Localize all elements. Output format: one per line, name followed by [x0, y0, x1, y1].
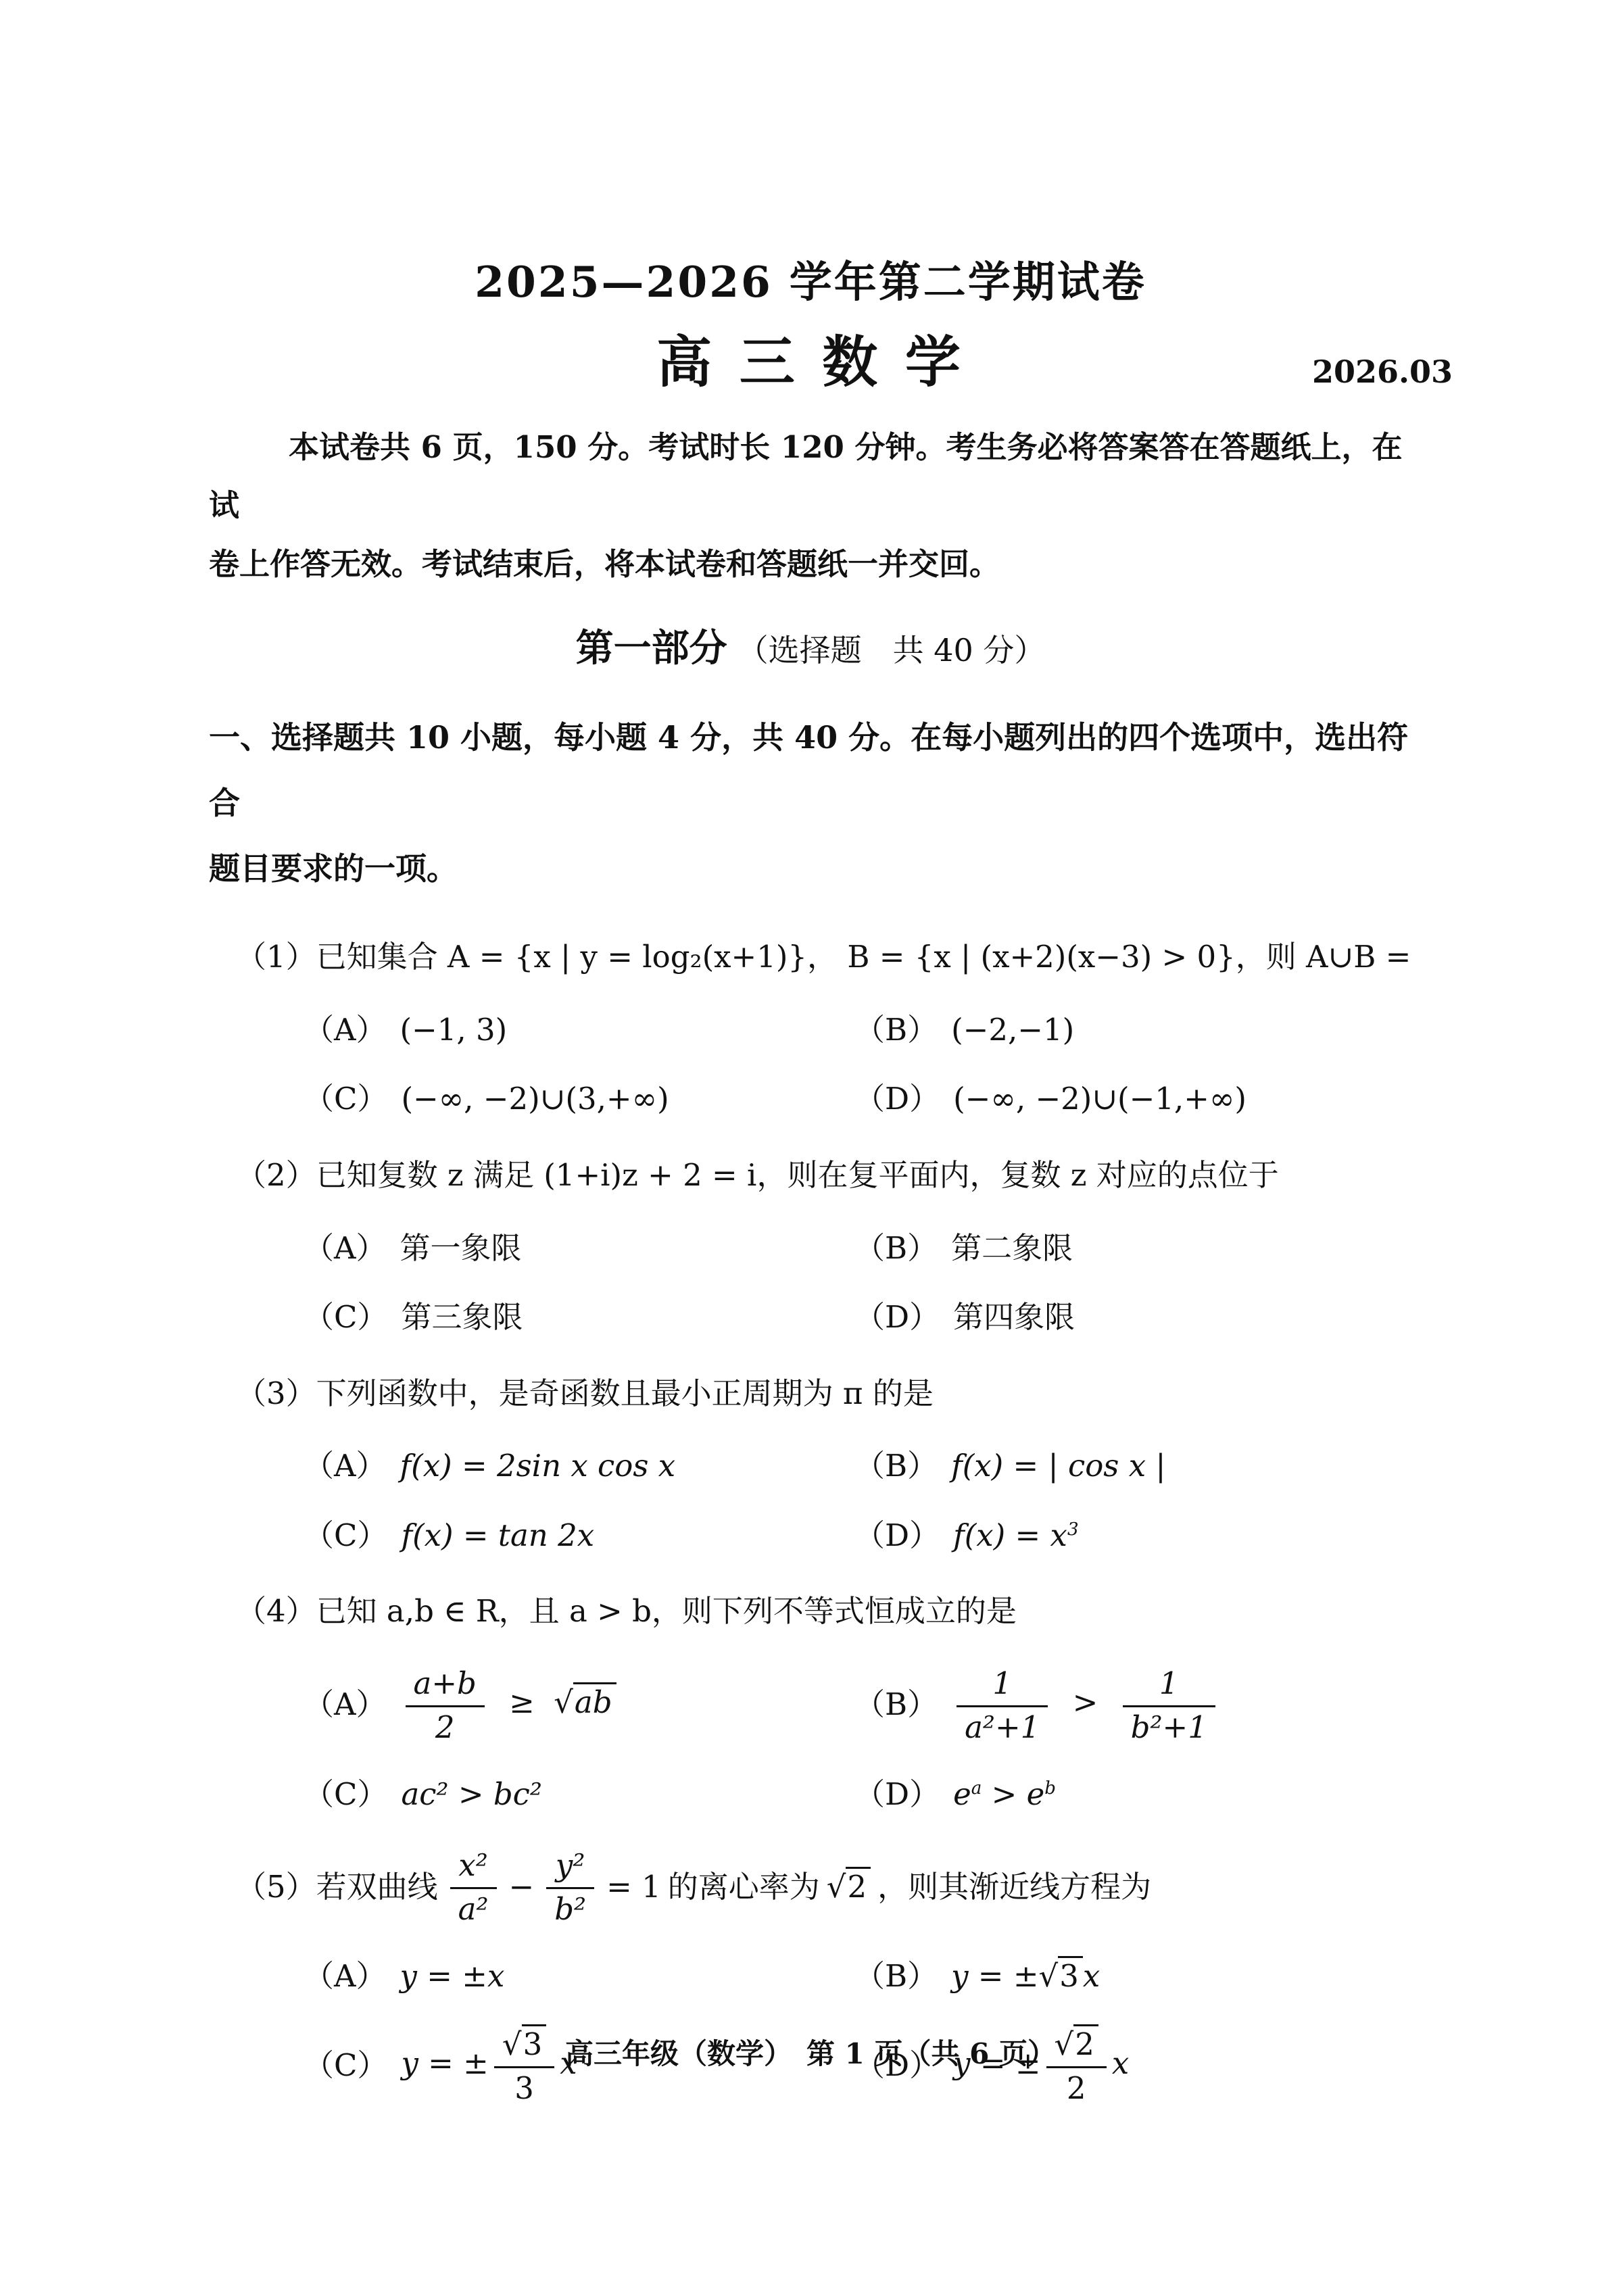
- question-1-option-b: （B） (−2,−1): [854, 1010, 1412, 1050]
- fraction: a+b2: [406, 1665, 485, 1745]
- option-label: （D）: [854, 1516, 940, 1556]
- stem-text: ，则其渐近线方程为: [877, 1863, 1151, 1911]
- question-1-option-d: （D） (−∞, −2)∪(−1,+∞): [854, 1079, 1412, 1119]
- question-5-stem: （5）若双曲线 x²a² − y²b² = 1 的离心率为 2 ，则其渐近线方程…: [209, 1847, 1412, 1927]
- sqrt-radical: 3: [1039, 1957, 1083, 1997]
- option-text: 第一象限: [400, 1229, 522, 1269]
- question-1-option-a: （A） (−1, 3): [304, 1010, 854, 1050]
- fraction-denominator: b²+1: [1123, 1707, 1215, 1745]
- fraction-denominator: 3: [494, 2068, 554, 2106]
- question-2-options-row-2: （C） 第三象限 （D） 第四象限: [209, 1298, 1412, 1338]
- fraction-denominator: a²+1: [957, 1707, 1048, 1745]
- question-2: （2）已知复数 z 满足 (1+i)z + 2 = i，则在复平面内，复数 z …: [209, 1152, 1412, 1338]
- instruction-line-2: 题目要求的一项。: [209, 836, 1412, 902]
- option-label: （B）: [854, 1010, 938, 1050]
- choice-instruction: 一、选择题共 10 小题，每小题 4 分，共 40 分。在每小题列出的四个选项中…: [209, 705, 1412, 901]
- stem-text: = 1: [606, 1863, 661, 1911]
- exponent: a: [971, 1778, 982, 1799]
- fraction: 1b²+1: [1123, 1665, 1215, 1745]
- question-4-option-a: （A） a+b2 ≥ ab: [304, 1665, 854, 1745]
- intro-line-1: 本试卷共 6 页，150 分。考试时长 120 分钟。考生务必将答案答在答题纸上…: [209, 418, 1412, 535]
- question-1: （1）已知集合 A = {x | y = log₂(x+1)}， B = {x …: [209, 933, 1412, 1119]
- page-title: 2025—2026 学年第二学期试卷: [209, 261, 1412, 303]
- option-text: y = ±3x: [951, 1957, 1100, 1997]
- question-4: （4）已知 a,b ∈ R，且 a > b，则下列不等式恒成立的是 （A） a+…: [209, 1588, 1412, 1814]
- option-label: （A）: [304, 1010, 387, 1050]
- option-label: （A）: [304, 1957, 387, 1997]
- sqrt-radical: 2: [827, 1863, 871, 1911]
- instruction-line-1: 一、选择题共 10 小题，每小题 4 分，共 40 分。在每小题列出的四个选项中…: [209, 705, 1412, 835]
- option-text: f(x) = 2sin x cos x: [400, 1446, 676, 1486]
- intro-line-2: 卷上作答无效。考试结束后，将本试卷和答题纸一并交回。: [209, 535, 1412, 593]
- option-label: （D）: [854, 1079, 940, 1119]
- option-text: 第二象限: [951, 1229, 1073, 1269]
- question-2-option-b: （B） 第二象限: [854, 1229, 1412, 1269]
- exponent: b: [1044, 1778, 1056, 1799]
- question-1-options-row-2: （C） (−∞, −2)∪(3,+∞) （D） (−∞, −2)∪(−1,+∞): [209, 1079, 1412, 1119]
- question-4-stem: （4）已知 a,b ∈ R，且 a > b，则下列不等式恒成立的是: [209, 1588, 1412, 1635]
- option-text: ac² > bc²: [401, 1775, 541, 1815]
- question-5-options-row-1: （A） y = ±x （B） y = ±3x: [209, 1957, 1412, 1997]
- option-label: （A）: [304, 1446, 387, 1486]
- question-2-option-c: （C） 第三象限: [304, 1298, 854, 1338]
- exam-page: 2025—2026 学年第二学期试卷 高 三 数 学 2026.03 本试卷共 …: [0, 0, 1621, 2296]
- expression-base: f(x) = x: [953, 1517, 1067, 1553]
- question-3-option-d: （D） f(x) = x3: [854, 1516, 1412, 1556]
- question-1-stem: （1）已知集合 A = {x | y = log₂(x+1)}， B = {x …: [209, 933, 1412, 981]
- question-4-options-row-2: （C） ac² > bc² （D） ea > eb: [209, 1775, 1412, 1815]
- question-4-option-c: （C） ac² > bc²: [304, 1775, 854, 1815]
- option-label: （B）: [854, 1957, 938, 1997]
- fraction: 1a²+1: [957, 1665, 1048, 1745]
- option-text: 第三象限: [401, 1298, 523, 1338]
- question-2-options-row-1: （A） 第一象限 （B） 第二象限: [209, 1229, 1412, 1269]
- fraction-numerator: x²: [450, 1847, 497, 1889]
- exam-date: 2026.03: [1312, 356, 1453, 387]
- question-3-options-row-1: （A） f(x) = 2sin x cos x （B） f(x) = | cos…: [209, 1446, 1412, 1486]
- option-label: （C）: [304, 1775, 387, 1815]
- fraction: x²a²: [450, 1847, 497, 1927]
- stem-text: 的离心率为: [668, 1863, 820, 1911]
- sqrt-radical: ab: [554, 1683, 616, 1723]
- question-3-option-b: （B） f(x) = | cos x |: [854, 1446, 1412, 1486]
- option-text: 1a²+1 > 1b²+1: [951, 1665, 1221, 1745]
- fraction-denominator: 2: [1046, 2068, 1107, 2106]
- page-content: 2025—2026 学年第二学期试卷 高 三 数 学 2026.03 本试卷共 …: [209, 261, 1412, 2106]
- fraction-denominator: b²: [546, 1889, 594, 1927]
- radicand: ab: [573, 1682, 616, 1720]
- fraction-numerator: 1: [957, 1665, 1048, 1707]
- option-label: （A）: [304, 1229, 387, 1269]
- subject-title: 高 三 数 学: [656, 330, 965, 395]
- option-text: (−1, 3): [400, 1010, 508, 1050]
- question-2-option-d: （D） 第四象限: [854, 1298, 1412, 1338]
- option-label: （B）: [854, 1685, 938, 1725]
- question-3-options-row-2: （C） f(x) = tan 2x （D） f(x) = x3: [209, 1516, 1412, 1556]
- option-text: ea > eb: [953, 1775, 1056, 1815]
- option-label: （B）: [854, 1229, 938, 1269]
- question-2-option-a: （A） 第一象限: [304, 1229, 854, 1269]
- option-text: (−∞, −2)∪(3,+∞): [401, 1079, 669, 1119]
- expression-suffix: x: [1083, 1958, 1100, 1994]
- question-3: （3）下列函数中，是奇函数且最小正周期为 π 的是 （A） f(x) = 2si…: [209, 1370, 1412, 1556]
- option-label: （C）: [304, 1298, 387, 1338]
- fraction-denominator: a²: [450, 1889, 497, 1927]
- option-text: 第四象限: [953, 1298, 1075, 1338]
- expression-prefix: y = ±: [951, 1958, 1038, 1994]
- question-4-options-row-1: （A） a+b2 ≥ ab （B） 1a²+1 > 1b²+1: [209, 1665, 1412, 1745]
- question-3-option-c: （C） f(x) = tan 2x: [304, 1516, 854, 1556]
- option-label: （A）: [304, 1685, 387, 1725]
- question-3-option-a: （A） f(x) = 2sin x cos x: [304, 1446, 854, 1486]
- question-2-stem: （2）已知复数 z 满足 (1+i)z + 2 = i，则在复平面内，复数 z …: [209, 1152, 1412, 1199]
- relation-symbol: >: [982, 1776, 1026, 1812]
- question-1-options-row-1: （A） (−1, 3) （B） (−2,−1): [209, 1010, 1412, 1050]
- question-1-option-c: （C） (−∞, −2)∪(3,+∞): [304, 1079, 854, 1119]
- fraction-numerator: y²: [546, 1847, 594, 1889]
- expression-base: e: [1027, 1776, 1045, 1812]
- fraction-numerator: a+b: [406, 1665, 485, 1707]
- relation-symbol: ≥: [509, 1684, 535, 1720]
- option-text: (−2,−1): [951, 1010, 1074, 1050]
- question-4-option-d: （D） ea > eb: [854, 1775, 1412, 1815]
- fraction-numerator: 1: [1123, 1665, 1215, 1707]
- radicand: 3: [1058, 1956, 1083, 1994]
- expression-base: e: [953, 1776, 971, 1812]
- section-heading: 第一部分 （选择题 共 40 分）: [209, 626, 1412, 671]
- question-5-option-a: （A） y = ±x: [304, 1957, 854, 1997]
- exponent: 3: [1067, 1519, 1079, 1540]
- option-label: （B）: [854, 1446, 938, 1486]
- section-heading-sub: （选择题 共 40 分）: [737, 632, 1046, 668]
- option-text: y = ±x: [400, 1957, 505, 1997]
- question-3-stem: （3）下列函数中，是奇函数且最小正周期为 π 的是: [209, 1370, 1412, 1417]
- relation-symbol: >: [1073, 1684, 1098, 1720]
- question-4-option-b: （B） 1a²+1 > 1b²+1: [854, 1665, 1412, 1745]
- option-label: （C）: [304, 1079, 387, 1119]
- intro-paragraph: 本试卷共 6 页，150 分。考试时长 120 分钟。考生务必将答案答在答题纸上…: [209, 418, 1412, 593]
- stem-text: （5）若双曲线: [236, 1863, 438, 1911]
- fraction-denominator: 2: [406, 1707, 485, 1745]
- operator: −: [509, 1863, 535, 1911]
- page-footer: 高三年级（数学） 第 1 页（共 6 页）: [0, 2032, 1621, 2072]
- option-text: f(x) = x3: [953, 1516, 1078, 1556]
- fraction: y²b²: [546, 1847, 594, 1927]
- radicand: 2: [846, 1867, 871, 1905]
- option-label: （D）: [854, 1298, 940, 1338]
- question-5-option-b: （B） y = ±3x: [854, 1957, 1412, 1997]
- subject-row: 高 三 数 学 2026.03: [209, 335, 1412, 390]
- option-text: f(x) = | cos x |: [951, 1446, 1165, 1486]
- option-label: （C）: [304, 1516, 387, 1556]
- option-label: （D）: [854, 1775, 940, 1815]
- option-text: f(x) = tan 2x: [401, 1516, 594, 1556]
- option-text: a+b2 ≥ ab: [400, 1665, 616, 1745]
- section-heading-main: 第一部分: [576, 626, 727, 670]
- option-text: (−∞, −2)∪(−1,+∞): [953, 1079, 1247, 1119]
